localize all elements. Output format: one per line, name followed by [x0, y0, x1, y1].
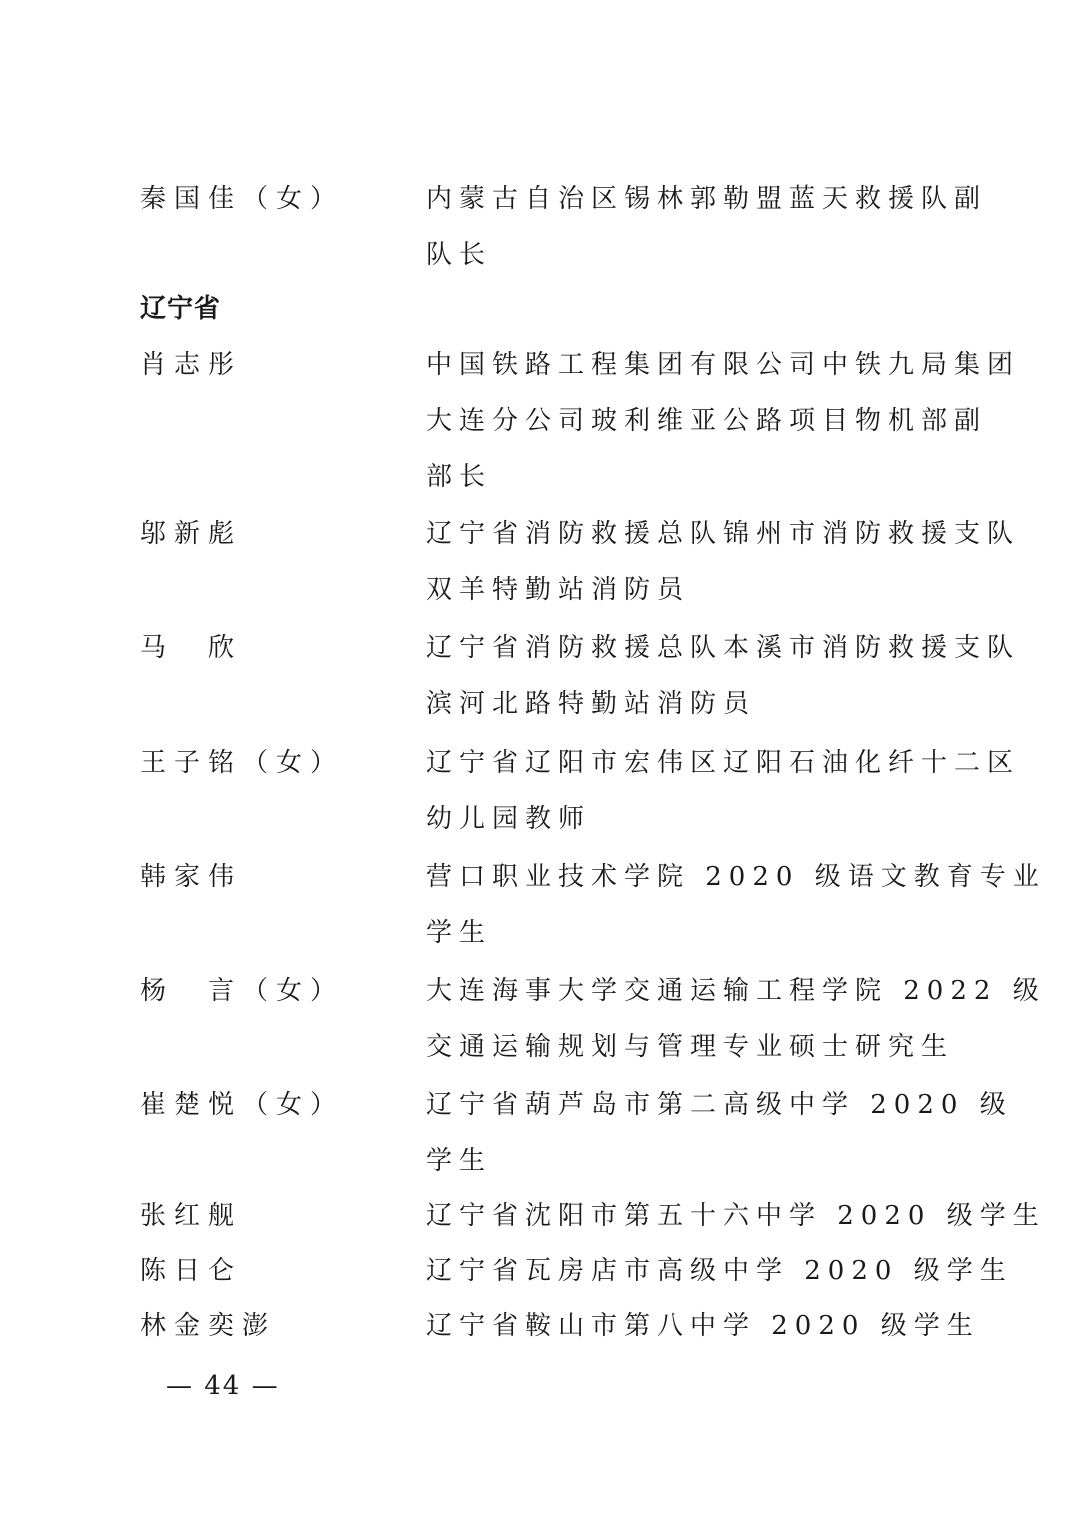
person-description: 辽宁省鞍山市第八中学 2020 级学生: [426, 1298, 938, 1354]
person-description: 中国铁路工程集团有限公司中铁九局集团 大连分公司玻利维亚公路项目物机部副 部长: [426, 337, 938, 505]
description-line: 大连分公司玻利维亚公路项目物机部副: [426, 393, 938, 449]
person-name: 林金奕澎: [140, 1298, 276, 1354]
description-line: 辽宁省沈阳市第五十六中学 2020 级学生: [426, 1188, 938, 1244]
document-page: 秦国佳（女） 内蒙古自治区锡林郭勒盟蓝天救援队副 队长 辽宁省 肖志彤 中国铁路…: [0, 0, 1080, 1526]
person-name: 陈日仑: [140, 1243, 242, 1299]
person-name: 杨 言（女）: [140, 963, 344, 1019]
description-line: 滨河北路特勤站消防员: [426, 676, 938, 732]
person-description: 辽宁省辽阳市宏伟区辽阳石油化纤十二区 幼儿园教师: [426, 735, 938, 847]
province-heading: 辽宁省: [140, 289, 221, 329]
page-number: — 44 —: [166, 1366, 280, 1406]
person-name: 张红舰: [140, 1188, 242, 1244]
description-line: 内蒙古自治区锡林郭勒盟蓝天救援队副: [426, 171, 938, 227]
description-line: 辽宁省瓦房店市高级中学 2020 级学生: [426, 1243, 938, 1299]
description-line: 辽宁省辽阳市宏伟区辽阳石油化纤十二区: [426, 735, 938, 791]
person-name: 崔楚悦（女）: [140, 1077, 344, 1133]
description-line: 队长: [426, 227, 938, 283]
person-name: 王子铭（女）: [140, 735, 344, 791]
description-line: 辽宁省鞍山市第八中学 2020 级学生: [426, 1298, 938, 1354]
description-line: 辽宁省消防救援总队本溪市消防救援支队: [426, 620, 938, 676]
person-description: 辽宁省瓦房店市高级中学 2020 级学生: [426, 1243, 938, 1299]
description-line: 双羊特勤站消防员: [426, 562, 938, 618]
description-line: 学生: [426, 905, 938, 961]
person-description: 营口职业技术学院 2020 级语文教育专业 学生: [426, 849, 938, 961]
person-name: 马 欣: [140, 620, 242, 676]
person-name: 肖志彤: [140, 337, 242, 393]
description-line: 大连海事大学交通运输工程学院 2022 级: [426, 963, 938, 1019]
person-name: 邬新彪: [140, 506, 242, 562]
description-line: 辽宁省葫芦岛市第二高级中学 2020 级: [426, 1077, 938, 1133]
description-line: 幼儿园教师: [426, 791, 938, 847]
person-description: 辽宁省消防救援总队本溪市消防救援支队 滨河北路特勤站消防员: [426, 620, 938, 732]
person-description: 大连海事大学交通运输工程学院 2022 级 交通运输规划与管理专业硕士研究生: [426, 963, 938, 1075]
description-line: 营口职业技术学院 2020 级语文教育专业: [426, 849, 938, 905]
description-line: 辽宁省消防救援总队锦州市消防救援支队: [426, 506, 938, 562]
person-description: 内蒙古自治区锡林郭勒盟蓝天救援队副 队长: [426, 171, 938, 283]
person-description: 辽宁省消防救援总队锦州市消防救援支队 双羊特勤站消防员: [426, 506, 938, 618]
description-line: 学生: [426, 1133, 938, 1189]
person-description: 辽宁省葫芦岛市第二高级中学 2020 级 学生: [426, 1077, 938, 1189]
description-line: 交通运输规划与管理专业硕士研究生: [426, 1019, 938, 1075]
description-line: 部长: [426, 449, 938, 505]
person-name: 秦国佳（女）: [140, 171, 344, 227]
person-name: 韩家伟: [140, 849, 242, 905]
person-description: 辽宁省沈阳市第五十六中学 2020 级学生: [426, 1188, 938, 1244]
description-line: 中国铁路工程集团有限公司中铁九局集团: [426, 337, 938, 393]
